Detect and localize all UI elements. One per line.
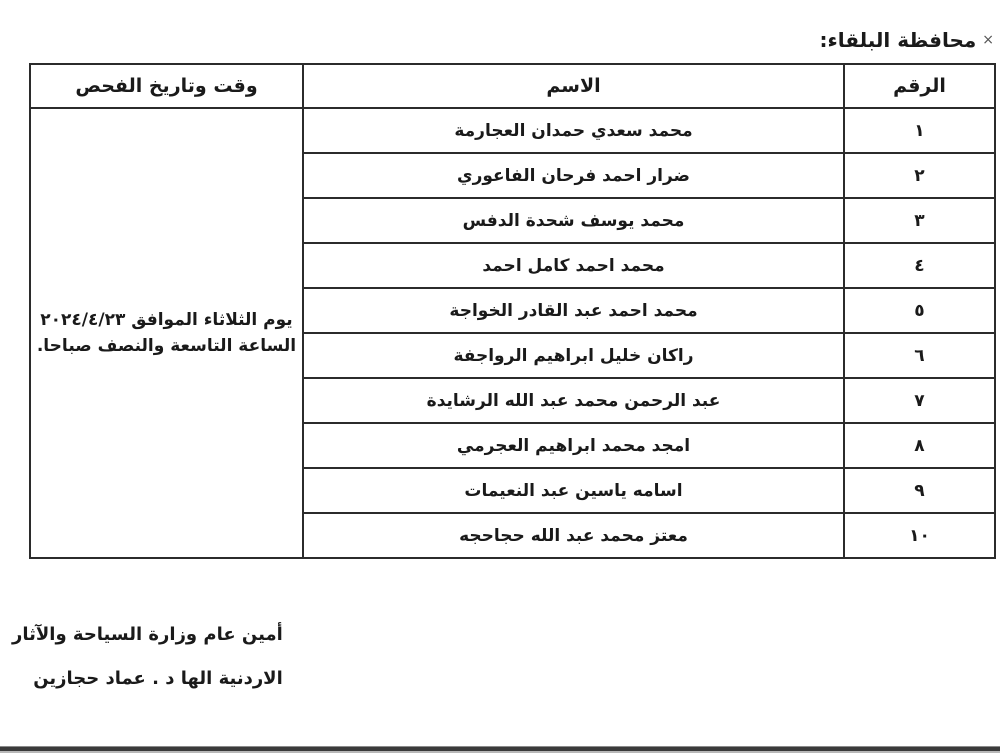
signature-title: أمين عام وزارة السياحة والآثار [12,613,283,657]
governorate-title: محافظة البلقاء: [819,28,976,52]
row-name: ضرار احمد فرحان الفاعوري [303,153,844,198]
row-number: ٦ [844,333,995,378]
bullet-x-icon: × [982,32,994,48]
bottom-divider [0,746,1000,753]
header-exam-time: وقت وتاريخ الفحص [30,64,303,108]
row-name: اسامه ياسين عبد النعيمات [303,468,844,513]
row-name: محمد احمد كامل احمد [303,243,844,288]
exam-time-cell: يوم الثلاثاء الموافق ٢٠٢٤/٤/٢٣ الساعة ال… [30,108,303,558]
row-number: ٨ [844,423,995,468]
row-number: ٤ [844,243,995,288]
exam-schedule-table: الرقم الاسم وقت وتاريخ الفحص ١ محمد سعدي… [29,63,996,559]
row-name: امجد محمد ابراهيم العجرمي [303,423,844,468]
row-name: عبد الرحمن محمد عبد الله الرشايدة [303,378,844,423]
row-number: ٩ [844,468,995,513]
header-name: الاسم [303,64,844,108]
row-number: ٣ [844,198,995,243]
row-number: ١ [844,108,995,153]
row-name: محمد سعدي حمدان العجارمة [303,108,844,153]
row-number: ٥ [844,288,995,333]
row-name: راكان خليل ابراهيم الرواجفة [303,333,844,378]
section-heading: × محافظة البلقاء: [819,24,994,56]
signature-name: الاردنية الها د . عماد حجازين [12,657,283,701]
row-name: معتز محمد عبد الله حجاحجه [303,513,844,558]
header-number: الرقم [844,64,995,108]
signature-block: أمين عام وزارة السياحة والآثار الاردنية … [12,613,283,701]
row-name: محمد احمد عبد القادر الخواجة [303,288,844,333]
row-number: ١٠ [844,513,995,558]
table-header-row: الرقم الاسم وقت وتاريخ الفحص [30,64,995,108]
row-number: ٧ [844,378,995,423]
table-row: ١ محمد سعدي حمدان العجارمة يوم الثلاثاء … [30,108,995,153]
row-name: محمد يوسف شحدة الدفس [303,198,844,243]
row-number: ٢ [844,153,995,198]
